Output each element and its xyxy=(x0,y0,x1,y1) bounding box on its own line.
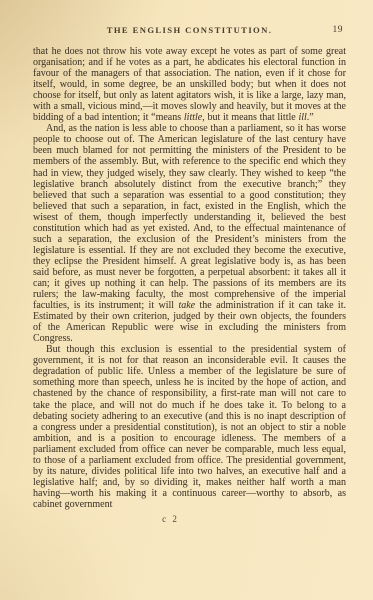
text-segment: .” xyxy=(307,112,314,123)
text-segment: , but it means that little xyxy=(202,112,298,123)
text-segment: But though this exclusion is essential t… xyxy=(33,344,346,510)
body-text: that he does not throw his vote away exc… xyxy=(33,46,346,510)
italic-text: take xyxy=(178,300,195,311)
paragraph: But though this exclusion is essential t… xyxy=(33,344,346,510)
paragraph: that he does not throw his vote away exc… xyxy=(33,46,346,123)
page-number: 19 xyxy=(333,25,344,35)
running-title: THE ENGLISH CONSTITUTION. xyxy=(33,25,346,35)
page-header: THE ENGLISH CONSTITUTION. 19 xyxy=(33,25,346,36)
italic-text: little xyxy=(184,112,202,123)
book-page: THE ENGLISH CONSTITUTION. 19 that he doe… xyxy=(0,0,373,600)
paragraph: And, as the nation is less able to choos… xyxy=(33,123,346,344)
signature-mark: c 2 xyxy=(14,514,327,524)
italic-text: ill xyxy=(298,112,306,123)
text-segment: And, as the nation is less able to choos… xyxy=(33,123,346,311)
